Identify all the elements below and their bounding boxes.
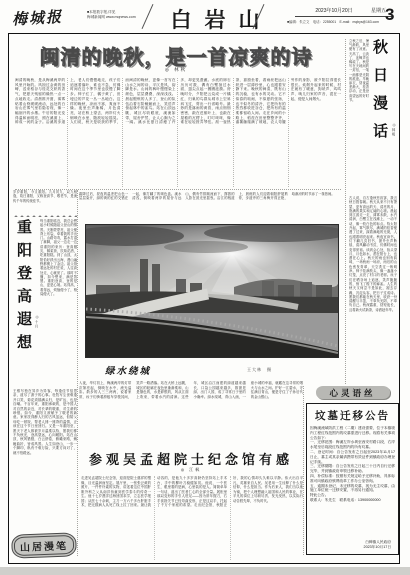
notice-sign-date: 2023年10月17日 <box>310 545 391 550</box>
sidebar-top-text: 立秋之后，暑气渐收，风里便有了凉意。天高了，云淡了，连蝉声也稀疏了。秋是写在天地… <box>349 39 369 191</box>
notice-body: 因梅溪流域防洪工程（二期）建设需要，位于本镇境内工程红线范围内的坟墓需进行迁移。… <box>310 426 395 538</box>
header-rule <box>295 16 393 17</box>
sidebar-vertical-title: 秋日漫话 <box>369 39 390 185</box>
left-title-row: 重阳登高遐想 ◎十月 每当重阳临近，我总会想起小时候随祖父登山的情景。天刚蒙蒙亮… <box>13 219 77 385</box>
memorial-article-body: 走进吴孟超院士纪念馆，迎面是院士慈祥的塑像，目光温润而坚定。展厅里，一张张泛黄的… <box>81 476 303 560</box>
sidebar-byline: ◎林明 <box>392 123 397 153</box>
brand-info-line2: 梅城新闻网 www.mqnews.com <box>87 15 136 20</box>
left-title-wrap: 重阳登高遐想 ◎十月 <box>13 219 40 385</box>
soul-words-label: 心灵语丝 <box>316 386 390 399</box>
left-article-intro: 岁岁重阳，今又重阳。九月初九，双九相逢，故曰重阳，又称登高节、敬老节，是流传千年… <box>13 190 77 211</box>
left-article-side-text: 每当重阳临近，我总会想起小时候随祖父登山的情景。天刚蒙蒙亮，祖父便背上布袋，牵着… <box>40 219 77 385</box>
notice-region: 心灵语丝 坟墓迁移公告 因梅溪流域防洪工程（二期）建设需要，位于本镇境内工程红线… <box>303 386 399 555</box>
city-river-photo <box>85 224 339 358</box>
sidebar-title-wrap: 秋日漫话 ◎林明 <box>369 39 397 191</box>
left-article-column: 岁岁重阳，今又重阳。九月初九，双九相逢，故曰重阳，又称登高节、敬老节，是流传千年… <box>13 190 77 555</box>
page-bottom-strip <box>0 567 410 575</box>
page-frame: 闽清的晚秋，是一首凉爽的诗 ◎ 林秋 闽清的晚秋，是从梅溪两岸的风里开始的。风掠… <box>8 33 400 564</box>
left-article-bottom-text: 王维写独在异乡为异客，每逢佳节倍思亲，道尽了游子的心事。杜牧写尘世难逢开口笑，菊… <box>13 389 77 529</box>
editor-contact-line: ■编辑：朱立文 电话：2255001 E-mail：mqbys@163.com <box>287 19 393 24</box>
sidebar-column: 立秋之后，暑气渐收，风里便有了凉意。天高了，云淡了，连蝉声也稀疏了。秋是写在天地… <box>345 39 397 384</box>
issue-weekday: 星期五 <box>371 7 386 14</box>
brand-info: ■本报数字报,详见 梅城新闻网 www.mqnews.com <box>87 10 136 20</box>
issue-date: 2023年10月20日 <box>298 7 370 14</box>
sidebar-essay-body: 古人说，自古逢秋悲寂寥，我言秋日胜春朝。秋天从来不只有萧瑟，更有高远的天、清亮的… <box>349 196 397 380</box>
newspaper-page: { "colors": { "ink": "#1a1a1a", "paper":… <box>0 0 410 575</box>
photo-credit: 王大林 摄 <box>247 367 272 373</box>
notice-signature: 白樟镇人民政府 2023年10月17日 <box>310 540 395 550</box>
photo-illustration <box>86 225 338 357</box>
memorial-byline: ◎ 江枫 <box>79 467 303 473</box>
mid-text-below-photo: 入夜，华灯初上，梅溪两岸的灯带次第亮起，倒映在水中，流光溢彩。散步的人三三两两，… <box>79 381 303 445</box>
mid-text-above-photo: 霜降过后，昼夜的温差把山色一层层染开，绿的黄的红的交错在一起，像打翻了的调色盘。… <box>79 192 341 220</box>
newspaper-brand-logo: 梅城报 <box>11 6 63 30</box>
notice-title: 坟墓迁移公告 <box>310 408 395 423</box>
section-title: 白岩山 <box>152 4 278 34</box>
column-rule <box>77 190 78 556</box>
sidebar-title-row: 立秋之后，暑气渐收，风里便有了凉意。天高了，云淡了，连蝉声也稀疏了。秋是写在天地… <box>349 39 397 191</box>
page-number: 3 <box>385 5 394 25</box>
photo-caption: 绿水绕城 <box>105 363 151 377</box>
left-vertical-title: 重阳登高遐想 <box>13 219 34 381</box>
mountain-essay-stamp: 山居漫笔 <box>14 535 75 556</box>
lead-article-body: 闽清的晚秋，是从梅溪两岸的风里开始的。风掠过金黄的田畴，送来稻谷与桂花交织的香气… <box>15 78 341 187</box>
scallop-divider <box>13 213 77 217</box>
lead-headline: 闽清的晚秋，是一首凉爽的诗 <box>11 41 341 70</box>
lead-byline: ◎ 林秋 <box>11 67 341 73</box>
grave-relocation-notice-box: 坟墓迁移公告 因梅溪流域防洪工程（二期）建设需要，位于本镇境内工程红线范围内的坟… <box>306 403 399 555</box>
memorial-headline: 参观吴孟超院士纪念馆有感 <box>79 449 303 468</box>
